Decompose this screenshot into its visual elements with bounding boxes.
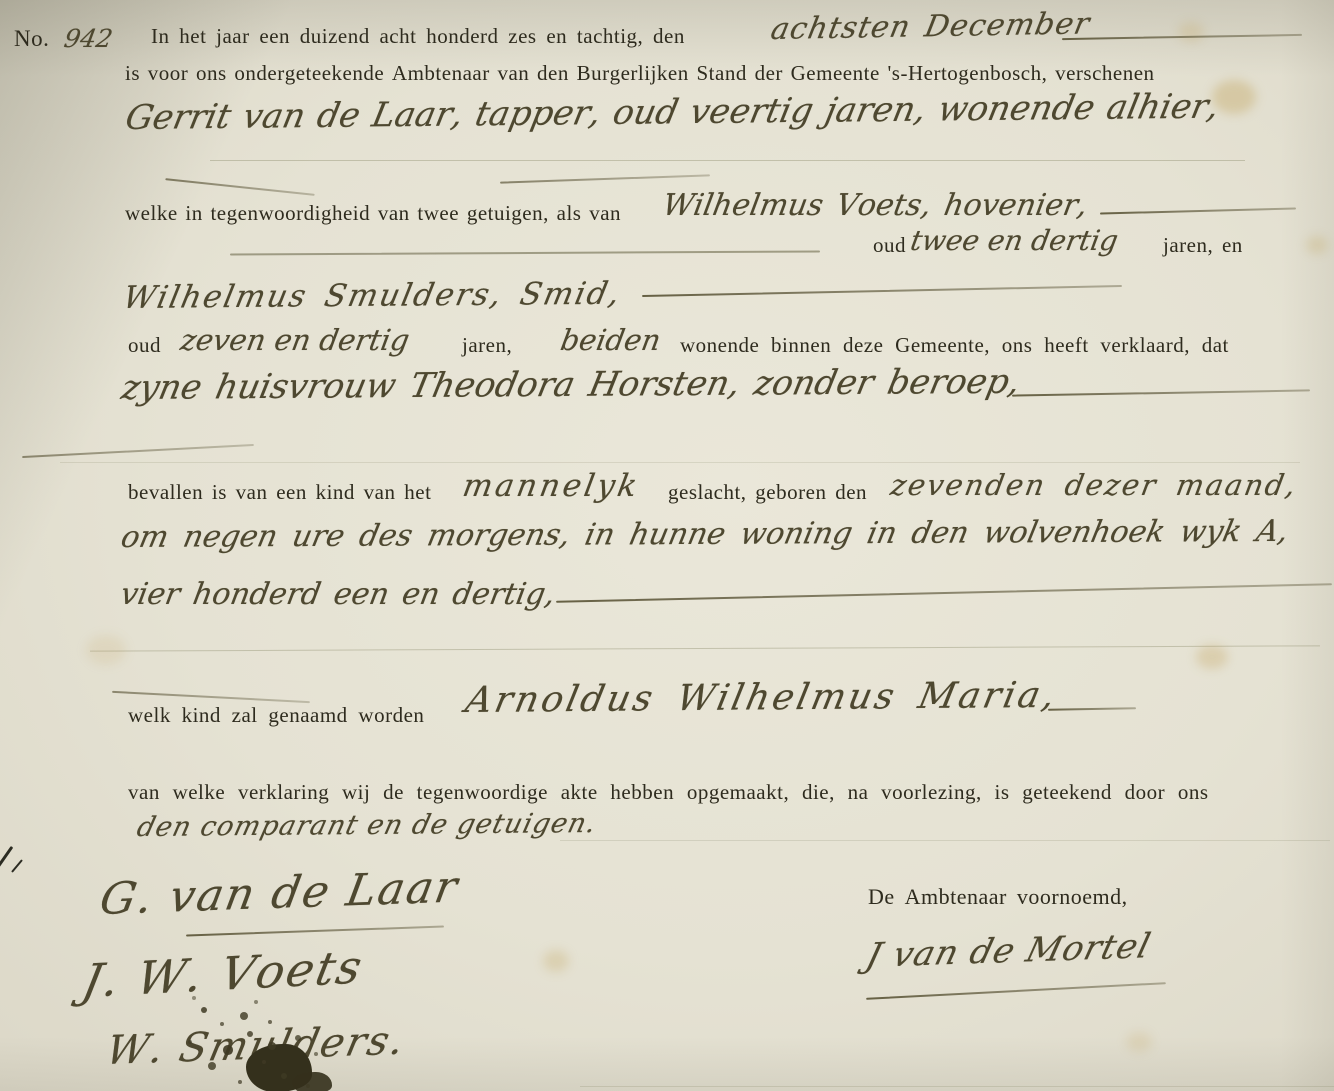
ink-blot [292,1072,332,1091]
signature-official: J van de Mortel [862,926,1155,976]
signature-flourish [186,925,444,936]
ruled-line [210,160,1245,161]
ink-fill-line [1048,707,1136,711]
ruled-line [90,645,1320,651]
hand-entry-declarant: Gerrit van de Laar, tapper, oud veertig … [122,87,1223,138]
printed-closing: van welke verklaring wij de tegenwoordig… [128,780,1209,805]
printed-welk-kind: welk kind zal genaamd worden [128,703,424,728]
printed-jaren-2: jaren, [462,333,512,358]
hand-entry-birth-day: zevenden dezer maand, [888,468,1300,502]
printed-oud-2: oud [128,333,161,358]
pen-tick [11,859,23,873]
ink-fill-line [642,285,1122,297]
pen-flourish [112,691,310,703]
ink-fill-line [1012,389,1310,396]
hand-entry-date: achtsten December [768,6,1093,47]
pen-flourish [500,174,710,183]
pen-flourish [165,178,314,196]
printed-line-year: In het jaar een duizend acht honderd zes… [151,24,685,49]
birth-certificate-scan: No. 942 In het jaar een duizend acht hon… [0,0,1334,1091]
printed-oud-1: oud [873,233,906,258]
paper-stain [1306,236,1328,254]
hand-entry-closing: den comparant en de getuigen. [134,808,600,843]
printed-jaren-en: jaren, en [1163,233,1243,258]
signature-declarant: G. van de Laar [96,862,463,925]
paper-stain [1196,645,1228,669]
paper-stain [1126,1032,1152,1052]
ruled-line [230,250,820,255]
hand-entry-witness1-age: twee en dertig [908,224,1121,257]
printed-bevallen: bevallen is van een kind van het [128,480,431,505]
hand-entry-gender: mannelyk [460,468,643,504]
official-caption: De Ambtenaar voornoemd, [868,884,1128,910]
hand-entry-house-number: vier honderd een en dertig, [118,577,558,612]
hand-entry-mother: zyne huisvrouw Theodora Horsten, zonder … [118,362,1024,408]
ruled-line [560,840,1330,841]
hand-entry-beiden: beiden [558,323,663,357]
ink-fill-line [556,583,1332,603]
hand-entry-witness1: Wilhelmus Voets, hovenier, [660,188,1090,223]
ink-fill-line [1100,207,1296,214]
act-number-label: No. [14,26,49,52]
paper-stain [1178,22,1204,42]
hand-entry-witness2-age: zeven en dertig [178,323,412,357]
ruled-line [580,1086,1334,1087]
printed-line-witnesses: welke in tegenwoordigheid van twee getui… [125,201,621,226]
paper-stain [543,950,569,972]
hand-entry-birth-time-place: om negen ure des morgens, in hunne wonin… [118,514,1292,555]
printed-wonende-rest: wonende binnen deze Gemeente, ons heeft … [680,333,1229,358]
hand-entry-witness2: Wilhelmus Smulders, Smid, [120,276,625,316]
ruled-line [60,462,1300,463]
printed-geslacht: geslacht, geboren den [668,480,867,505]
ink-splatter [262,1060,266,1064]
signature-witness1: J. W. Voets [78,940,368,1008]
pen-tick [0,846,13,872]
signature-flourish [866,982,1166,1000]
hand-entry-child-name: Arnoldus Wilhelmus Maria, [462,675,1061,721]
printed-line-official-intro: is voor ons ondergeteekende Ambtenaar va… [125,61,1155,86]
paper-stain [86,635,126,665]
pen-flourish [22,444,254,458]
act-number-value: 942 [62,24,115,53]
